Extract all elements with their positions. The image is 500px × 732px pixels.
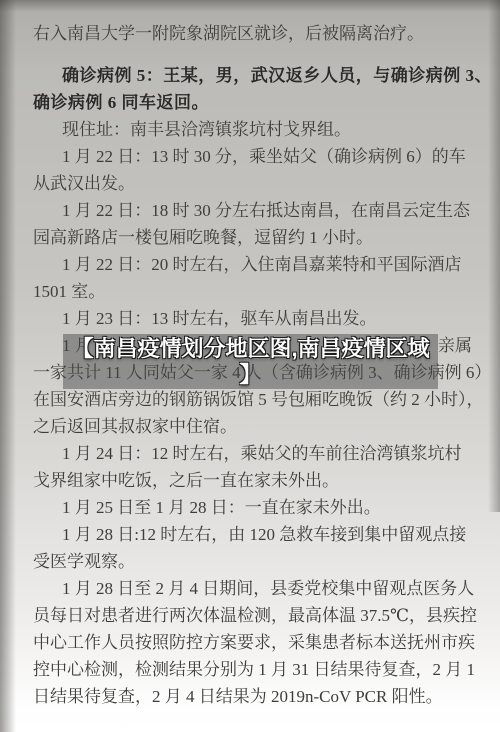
document-line: 受医学观察。 bbox=[33, 548, 472, 575]
page-edge-shadow-left bbox=[0, 0, 16, 732]
document-line: 园高新路店一楼包厢吃晚餐，逗留约 1 小时。 bbox=[33, 224, 472, 251]
page-edge-shadow-top bbox=[0, 0, 500, 12]
document-line: 控中心检测，检测结果分别为 1 月 31 日结果待复查，2 月 1 bbox=[33, 656, 472, 683]
document-line: 确诊病例 5：王某，男，武汉返乡人员，与确诊病例 3、 bbox=[33, 62, 472, 89]
document-line: 1 月 22 日：18 时 30 分左右抵达南昌，在南昌云定生态 bbox=[33, 197, 472, 224]
document-line: 1 月 28 日:12 时左右，由 120 急救车接到集中留观点接 bbox=[33, 521, 472, 548]
document-line: 1 月 28 日至 2 月 4 日期间，县委党校集中留观点医务人 bbox=[33, 575, 472, 602]
document-line: 1 月 22 日：20 时左右，入住南昌嘉莱特和平国际酒店 bbox=[33, 251, 472, 278]
document-line: 1 月 25 日至 1 月 28 日：一直在家未外出。 bbox=[33, 494, 472, 521]
watermark-text-line2: 】 bbox=[239, 362, 261, 388]
document-line: 现住址：南丰县洽湾镇浆坑村戈界组。 bbox=[33, 116, 472, 143]
document-line: 1 月 22 日：13 时 30 分，乘坐姑父（确诊病例 6）的车 bbox=[33, 143, 472, 170]
document-line: 之后返回其叔叔家中住宿。 bbox=[33, 413, 472, 440]
line-fragment-right: 亲属 bbox=[438, 332, 472, 359]
document-line: 右入南昌大学一附院象湖院区就诊，后被隔离治疗。 bbox=[33, 20, 472, 47]
document-line: 确诊病例 6 同车返回。 bbox=[33, 89, 472, 116]
document-line: 1501 室。 bbox=[33, 278, 472, 305]
document-line: 从武汉出发。 bbox=[33, 170, 472, 197]
watermark-overlay: 【南昌疫情划分地区图,南昌疫情区域 】 bbox=[63, 334, 438, 389]
document-line: 1 月 23 日：13 时左右，驱车从南昌出发。 bbox=[33, 305, 472, 332]
document-line: 在国安酒店旁边的钢筋锅饭馆 5 号包厢吃晚饭（约 2 小时）， bbox=[33, 386, 472, 413]
watermark-text-line1: 【南昌疫情划分地区图,南昌疫情区域 bbox=[71, 336, 429, 362]
document-line: 戈界组家中吃饭，之后一直在家未外出。 bbox=[33, 467, 472, 494]
document-line: 日结果待复查，2 月 4 日结果为 2019n-CoV PCR 阳性。 bbox=[33, 683, 472, 710]
document-line: 中心工作人员按照防控方案要求，采集患者标本送抚州市疾 bbox=[33, 629, 472, 656]
document-line: 1 月 24 日：12 时左右，乘姑父的车前往洽湾镇浆坑村 bbox=[33, 440, 472, 467]
document-line: 员每日对患者进行两次体温检测，最高体温 37.5℃，县疾控 bbox=[33, 602, 472, 629]
